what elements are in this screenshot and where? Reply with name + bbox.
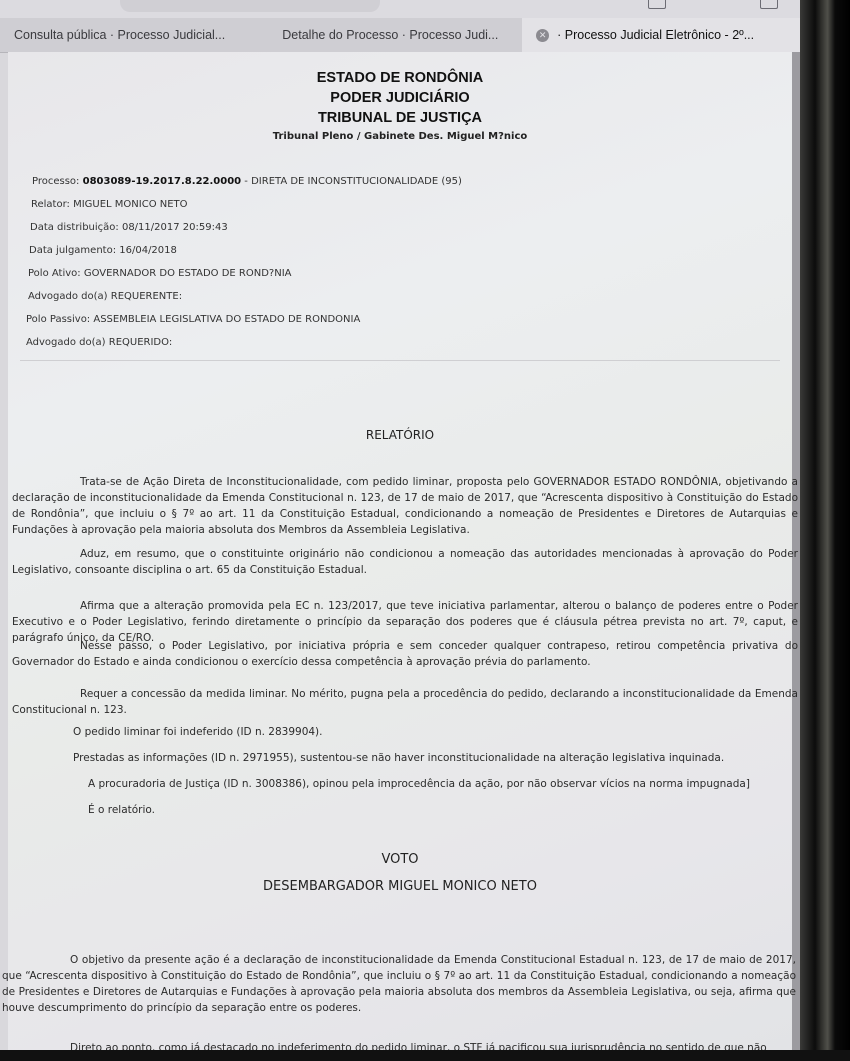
advogado-requerente-row: Advogado do(a) REQUERENTE: [28,285,462,308]
document-header: ESTADO DE RONDÔNIA PODER JUDICIÁRIO TRIB… [8,68,792,144]
relatorio-line: A procuradoria de Justiça (ID n. 3008386… [88,776,750,792]
header-state: ESTADO DE RONDÔNIA [8,68,792,88]
header-chamber: Tribunal Pleno / Gabinete Des. Miguel M?… [8,130,792,144]
voto-title: VOTO [8,852,792,867]
browser-toolbar [0,0,800,18]
relatorio-paragraph: Nesse passo, o Poder Legislativo, por in… [12,638,798,670]
processo-number: 0803089-19.2017.8.22.0000 [83,176,242,187]
relatorio-paragraph: Trata-se de Ação Direta de Inconstitucio… [12,474,798,538]
julgamento-row: Data julgamento: 16/04/2018 [29,239,462,262]
relatorio-line: Prestadas as informações (ID n. 2971955)… [73,750,724,766]
tabs-icon[interactable] [760,0,778,9]
polo-ativo-row: Polo Ativo: GOVERNADOR DO ESTADO DE ROND… [28,262,462,285]
tab-label: Detalhe do Processo · Processo Judi... [282,18,498,52]
polo-passivo-row: Polo Passivo: ASSEMBLEIA LEGISLATIVA DO … [26,308,462,331]
tab-label: · Processo Judicial Eletrônico - 2º... [557,18,754,52]
processo-row: Processo: 0803089-19.2017.8.22.0000 - DI… [30,170,462,193]
device-bezel-bottom [0,1050,850,1061]
share-icon[interactable] [648,0,666,9]
relatorio-line: É o relatório. [88,802,155,818]
relatorio-paragraph: Requer a concessão da medida liminar. No… [12,686,798,718]
header-power: PODER JUDICIÁRIO [8,88,792,108]
relatorio-line: O pedido liminar foi indeferido (ID n. 2… [73,724,323,740]
divider [20,360,780,361]
document-page: ESTADO DE RONDÔNIA PODER JUDICIÁRIO TRIB… [8,52,792,1061]
close-icon[interactable]: ✕ [536,29,549,42]
device-bezel [800,0,850,1061]
relatorio-paragraph: Aduz, em resumo, que o constituinte orig… [12,546,798,578]
distribuicao-row: Data distribuição: 08/11/2017 20:59:43 [30,216,462,239]
tab-bar: Consulta pública · Processo Judicial... … [0,18,800,53]
header-court: TRIBUNAL DE JUSTIÇA [8,108,792,128]
relator-row: Relator: MIGUEL MONICO NETO [30,193,462,216]
relatorio-title: RELATÓRIO [8,428,792,442]
browser-window: Consulta pública · Processo Judicial... … [0,0,800,1061]
tab-label: Consulta pública · Processo Judicial... [14,18,225,52]
case-metadata: Processo: 0803089-19.2017.8.22.0000 - DI… [30,170,462,354]
tab-processo-judicial-eletronico[interactable]: ✕ · Processo Judicial Eletrônico - 2º... [522,18,800,52]
address-bar[interactable] [120,0,380,12]
voto-paragraph: O objetivo da presente ação é a declaraç… [2,952,796,1016]
tab-detalhe-processo[interactable]: Detalhe do Processo · Processo Judi... [268,18,522,52]
voto-author: DESEMBARGADOR MIGUEL MONICO NETO [8,879,792,894]
advogado-requerido-row: Advogado do(a) REQUERIDO: [26,331,462,354]
tab-consulta-publica[interactable]: Consulta pública · Processo Judicial... [0,18,268,52]
